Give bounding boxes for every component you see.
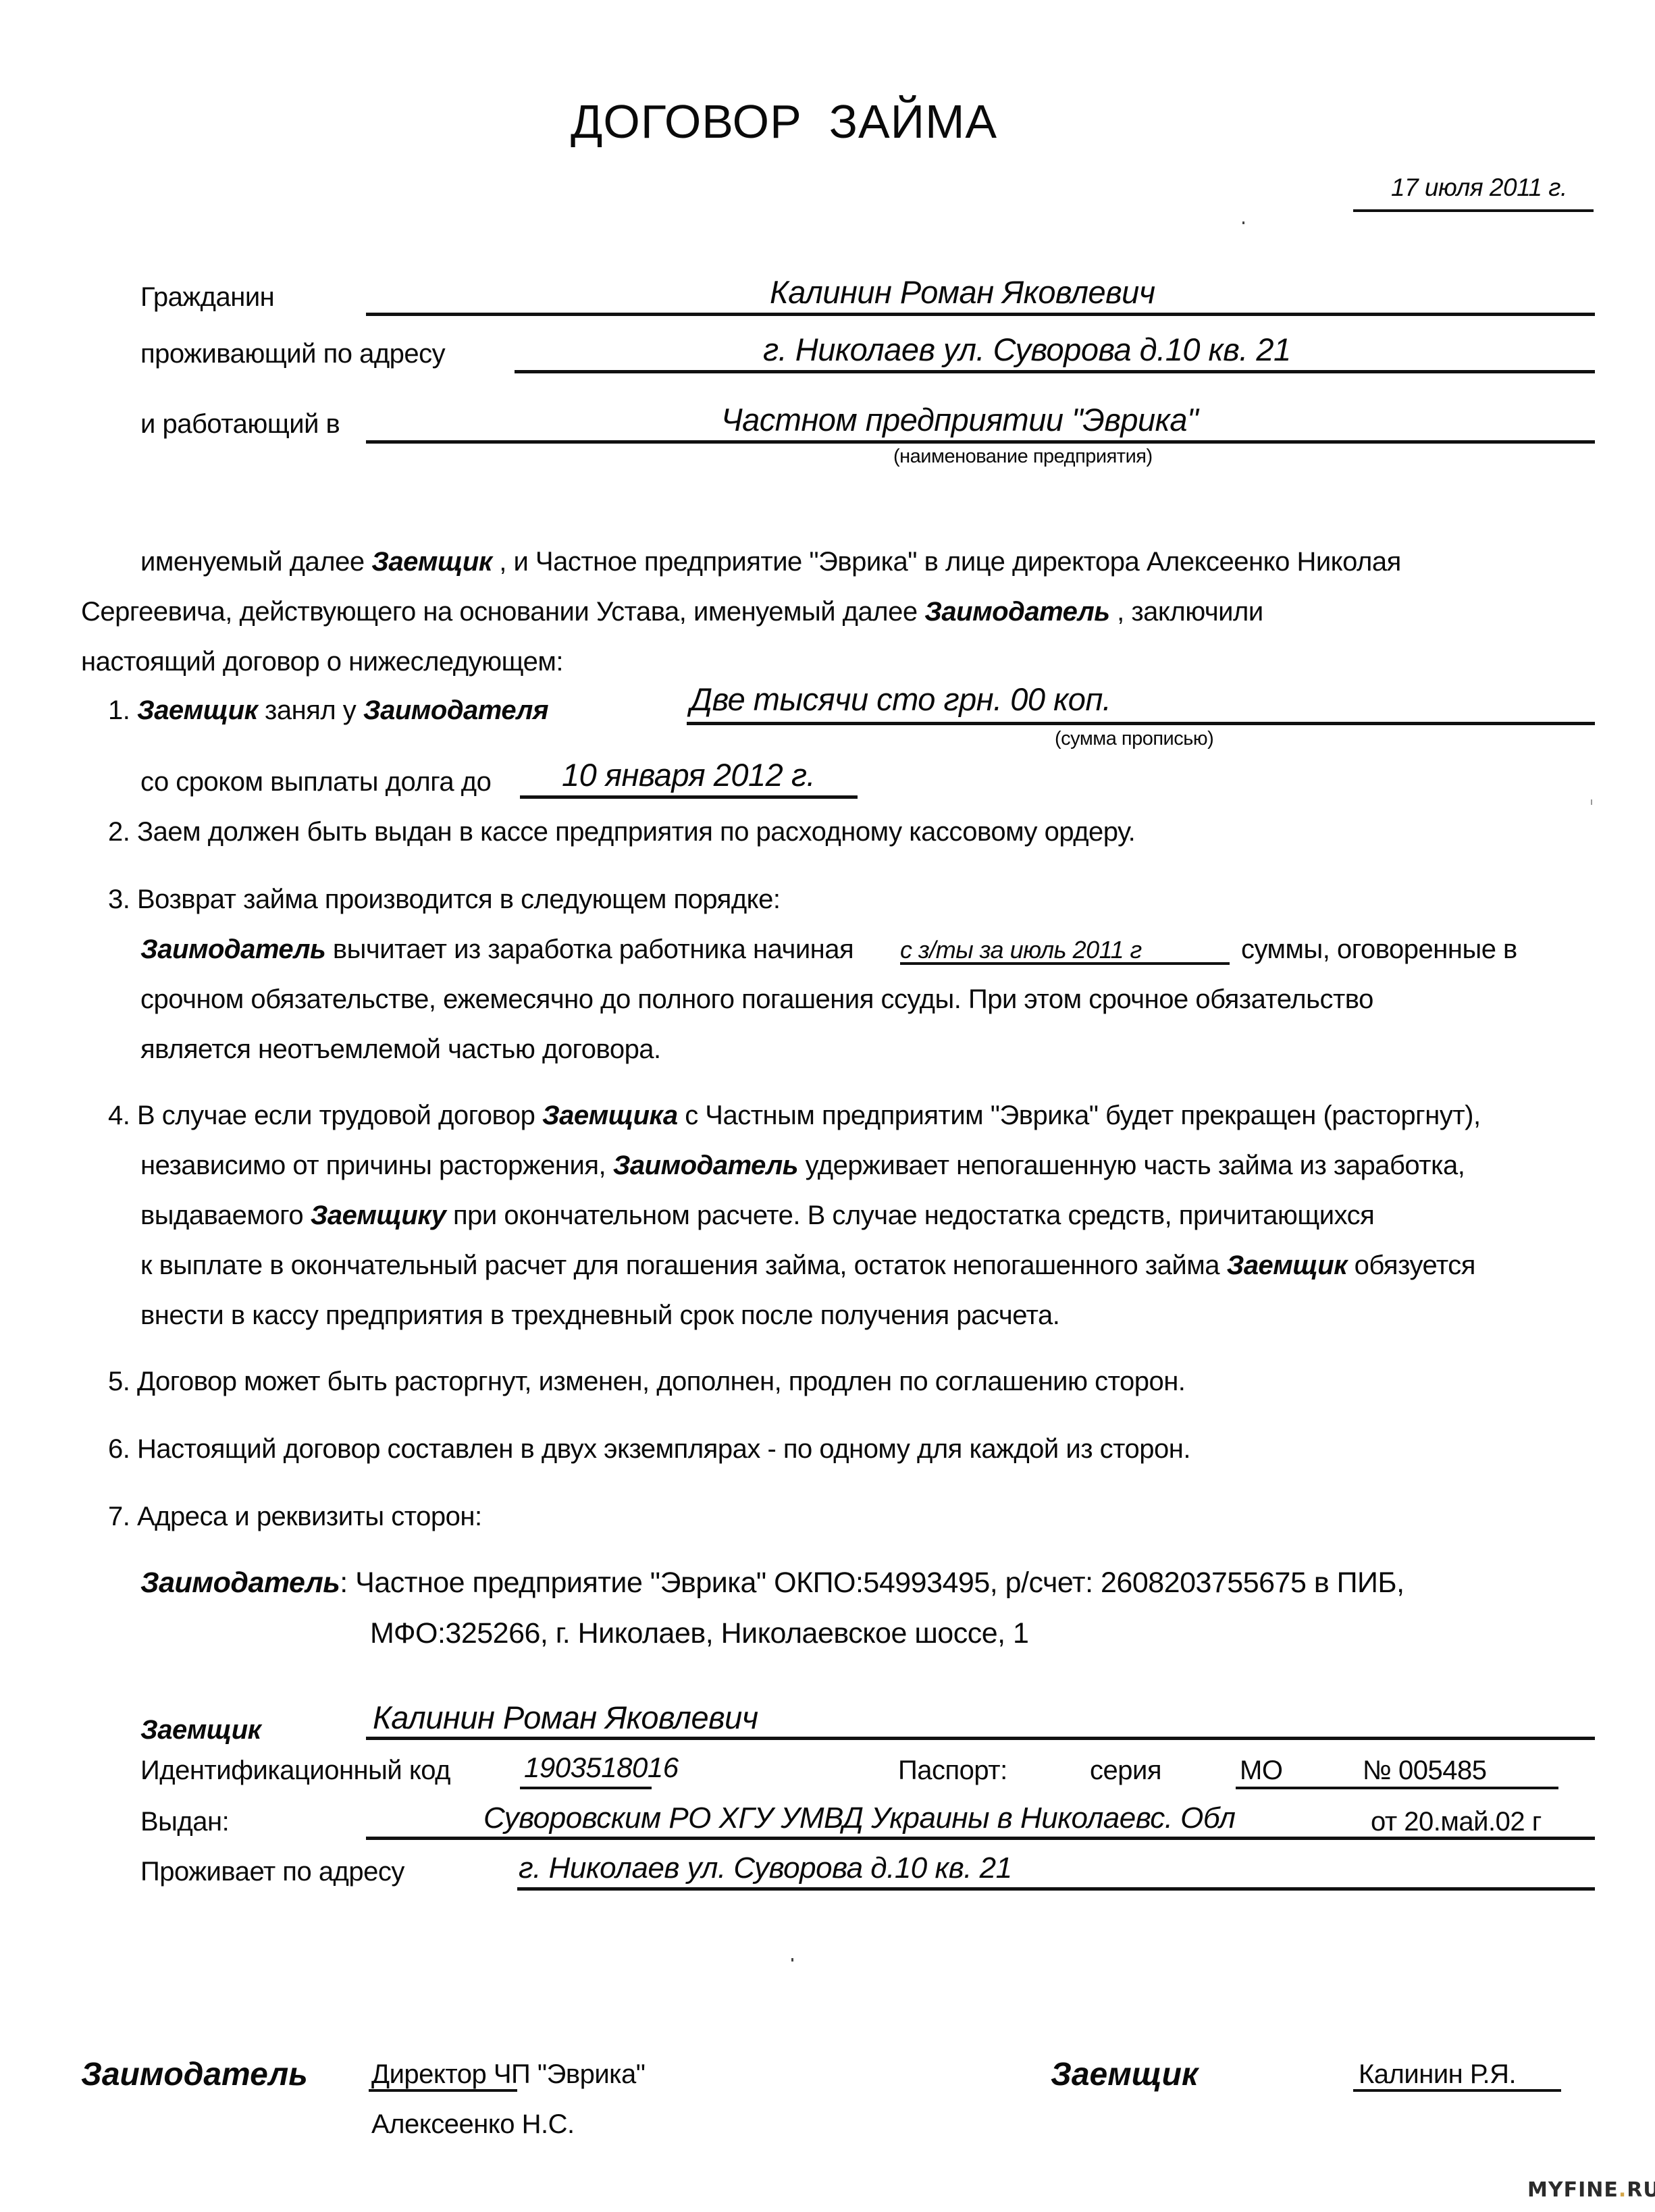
signature-lender-underline xyxy=(369,2089,517,2092)
clause-3: 3. Возврат займа производится в следующе… xyxy=(108,885,780,915)
scan-speck xyxy=(1591,799,1592,805)
clause-4-line-3: выдаваемого Заемщику при окончательном р… xyxy=(140,1201,1374,1231)
term-lender: Заимодатель xyxy=(924,597,1109,627)
borrower-address-label: Проживает по адресу xyxy=(140,1857,404,1887)
issued-value: Суворовским РО ХГУ УМВД Украины в Никола… xyxy=(483,1801,1236,1835)
signature-lender-label: Заимодатель xyxy=(81,2056,308,2093)
clause-3-line-3: срочном обязательстве, ежемесячно до пол… xyxy=(140,984,1373,1015)
clause-3-line-2-end: суммы, оговоренные в xyxy=(1241,934,1517,965)
deduction-underline xyxy=(900,962,1230,965)
signature-lender-name: Алексеенко Н.С. xyxy=(371,2109,575,2140)
borrower-name-underline xyxy=(366,1737,1595,1740)
issued-date: от 20.май.02 г xyxy=(1371,1807,1542,1837)
preamble-line-2: Сергеевича, действующего на основании Ус… xyxy=(81,597,1263,627)
preamble-line-3: настоящий договор о нижеследующем: xyxy=(81,647,563,677)
clause-1: 1. Заемщик занял у Заимодателя xyxy=(108,695,548,726)
borrower-address-underline xyxy=(517,1887,1595,1891)
passport-underline xyxy=(1236,1787,1558,1789)
clause-4-line-4: к выплате в окончательный расчет для пог… xyxy=(140,1250,1475,1281)
scan-speck xyxy=(791,1958,793,1961)
clause-7: 7. Адреса и реквизиты сторон: xyxy=(108,1502,482,1532)
signature-lender-position: Директор ЧП "Эврика" xyxy=(371,2059,646,2090)
citizen-value: Калинин Роман Яковлевич xyxy=(770,273,1155,311)
id-code-underline xyxy=(520,1787,652,1789)
signature-borrower-underline xyxy=(1353,2089,1561,2092)
term-borrower: Заемщик xyxy=(371,547,492,577)
id-code-label: Идентификационный код xyxy=(140,1756,450,1786)
id-code-value: 1903518016 xyxy=(524,1752,679,1784)
clause-4: 4. В случае если трудовой договор Заемщи… xyxy=(108,1101,1481,1131)
issued-underline xyxy=(366,1837,1595,1840)
clause-6: 6. Настоящий договор составлен в двух эк… xyxy=(108,1434,1190,1465)
address-underline xyxy=(515,370,1595,373)
lender-label: Заимодатель xyxy=(140,1566,340,1599)
scan-speck xyxy=(1242,221,1244,224)
date-underline xyxy=(1353,209,1594,212)
term-underline xyxy=(520,795,858,799)
clause-2: 2. Заем должен быть выдан в кассе предпр… xyxy=(108,817,1135,847)
passport-series-value: МО xyxy=(1240,1756,1282,1786)
clause-4-line-5: внести в кассу предприятия в трехдневный… xyxy=(140,1300,1059,1331)
issued-label: Выдан: xyxy=(140,1807,229,1837)
work-hint: (наименование предприятия) xyxy=(893,446,1153,468)
term-value: 10 января 2012 г. xyxy=(562,756,815,793)
borrower-name: Калинин Роман Яковлевич xyxy=(373,1699,758,1736)
borrower-address-value: г. Николаев ул. Суворова д.10 кв. 21 xyxy=(519,1851,1012,1885)
loan-amount: Две тысячи сто грн. 00 коп. xyxy=(690,681,1111,718)
term-label: со сроком выплаты долга до xyxy=(140,767,491,797)
passport-number: № 005485 xyxy=(1363,1756,1487,1786)
amount-hint: (сумма прописью) xyxy=(1055,728,1213,750)
contract-date: 17 июля 2011 г. xyxy=(1391,174,1567,202)
signature-borrower-label: Заемщик xyxy=(1051,2056,1198,2093)
citizen-label: Гражданин xyxy=(140,282,274,313)
document-title: ДОГОВОРЗАЙМА xyxy=(571,95,1024,149)
clause-5: 5. Договор может быть расторгнут, измене… xyxy=(108,1367,1185,1397)
lender-details-line-2: МФО:325266, г. Николаев, Николаевское шо… xyxy=(370,1617,1028,1650)
clause-4-line-2: независимо от причины расторжения, Заимо… xyxy=(140,1151,1465,1181)
work-label: и работающий в xyxy=(140,409,340,440)
passport-label: Паспорт: xyxy=(898,1756,1007,1786)
work-underline xyxy=(366,440,1595,444)
title-word-1: ДОГОВОР xyxy=(571,95,802,148)
passport-series-label: серия xyxy=(1090,1756,1161,1786)
preamble-line-1: именуемый далее Заемщик , и Частное пред… xyxy=(140,547,1401,577)
work-value: Частном предприятии "Эврика" xyxy=(721,401,1198,438)
watermark: MYFINE.RU xyxy=(1527,2178,1655,2202)
address-value: г. Николаев ул. Суворова д.10 кв. 21 xyxy=(763,331,1291,368)
clause-3-line-2: Заимодатель вычитает из заработка работн… xyxy=(140,934,853,965)
deduction-start: с з/ты за июль 2011 г xyxy=(900,936,1142,964)
signature-borrower-name: Калинин Р.Я. xyxy=(1359,2059,1516,2090)
borrower-label: Заемщик xyxy=(140,1715,261,1745)
address-label: проживающий по адресу xyxy=(140,339,445,369)
amount-underline xyxy=(687,722,1595,725)
citizen-underline xyxy=(366,313,1595,316)
watermark-dot: . xyxy=(1619,2178,1627,2202)
title-word-2: ЗАЙМА xyxy=(829,95,997,148)
clause-3-line-4: является неотъемлемой частью договора. xyxy=(140,1034,661,1065)
lender-details-line-1: Заимодатель: Частное предприятие "Эврика… xyxy=(140,1566,1404,1600)
